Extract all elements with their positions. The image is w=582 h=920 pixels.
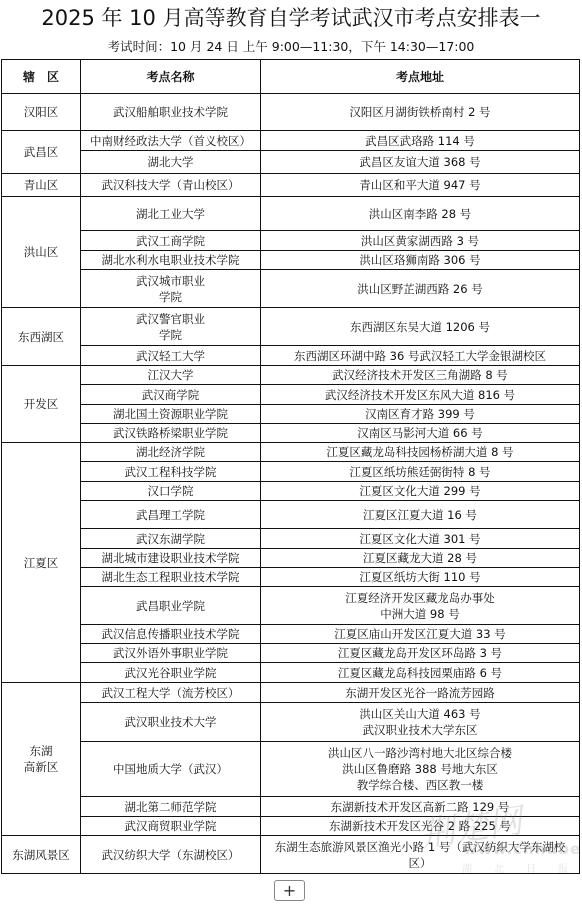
table-row: 武汉东湖学院江夏区文化大道 301 号 xyxy=(2,529,580,549)
district-cell: 开发区 xyxy=(2,366,81,443)
site-address: 东湖开发区光谷一路流芳园路 xyxy=(263,685,577,701)
site-address: 江夏区藏龙岛科技园栗庙路 6 号 xyxy=(263,665,577,681)
site-address-cell: 洪山区黄家湖西路 3 号 xyxy=(261,231,580,251)
site-address-cell: 汉南区马影河大道 66 号 xyxy=(261,424,580,443)
district-label: 江夏区 xyxy=(4,555,78,571)
table-row: 湖北第二师范学院东湖新技术开发区高新二路 129 号 xyxy=(2,797,580,817)
table-row: 东湖风景区武汉纺织大学（东湖校区）东湖生态旅游风景区渔光小路 1 号（武汉纺织大… xyxy=(2,836,580,874)
table-row: 青山区武汉科技大学（青山校区）青山区和平大道 947 号 xyxy=(2,174,580,197)
site-address: 江夏区文化大道 299 号 xyxy=(263,483,577,499)
site-name-cell: 武汉光谷职业学院 xyxy=(81,663,261,683)
site-name: 武汉科技大学（青山校区） xyxy=(83,177,258,193)
site-name-cell: 武汉城市职业学院 xyxy=(81,270,261,308)
site-address: 中洲大道 98 号 xyxy=(263,606,577,622)
site-address: 洪山区八一路沙湾村地大北区综合楼 xyxy=(263,745,577,761)
site-address: 江夏经济开发区藏龙岛办事处 xyxy=(263,590,577,606)
site-name: 武汉船舶职业技术学院 xyxy=(83,104,258,120)
site-address: 江夏区藏龙岛科技园杨桥湖大道 8 号 xyxy=(263,444,577,460)
site-address-cell: 武昌区武珞路 114 号 xyxy=(261,131,580,151)
site-name-cell: 武汉工程科技学院 xyxy=(81,462,261,482)
site-name: 武汉商学院 xyxy=(83,387,258,403)
site-address: 江夏区纸坊熊廷弼街特 8 号 xyxy=(263,464,577,480)
site-address-cell: 江夏区纸坊大街 110 号 xyxy=(261,568,580,587)
site-address: 青山区和平大道 947 号 xyxy=(263,177,577,193)
site-address: 洪山区南李路 28 号 xyxy=(263,206,577,222)
site-name: 武汉光谷职业学院 xyxy=(83,665,258,681)
table-row: 武汉信息传播职业技术学院江夏区庙山开发区江夏大道 33 号 xyxy=(2,625,580,644)
table-row: 武汉光谷职业学院江夏区藏龙岛科技园栗庙路 6 号 xyxy=(2,663,580,683)
table-row: 东西湖区武汉警官职业学院东西湖区东吴大道 1206 号 xyxy=(2,308,580,346)
site-name-cell: 武汉商贸职业学院 xyxy=(81,817,261,836)
table-header-row: 辖 区 考点名称 考点地址 xyxy=(2,60,580,94)
district-cell: 江夏区 xyxy=(2,443,81,683)
site-name: 武汉工程科技学院 xyxy=(83,464,258,480)
site-name: 武汉工商学院 xyxy=(83,233,258,249)
site-address: 汉南区育才路 399 号 xyxy=(263,406,577,422)
site-address-cell: 洪山区野芷湖西路 26 号 xyxy=(261,270,580,308)
site-name: 武汉商贸职业学院 xyxy=(83,818,258,834)
district-cell: 武昌区 xyxy=(2,131,81,174)
table-row: 洪山区湖北工业大学洪山区南李路 28 号 xyxy=(2,197,580,231)
table-row: 武汉外语外事职业学院江夏区藏龙岛开发区环岛路 3 号 xyxy=(2,644,580,663)
site-address: 武昌区友谊大道 368 号 xyxy=(263,154,577,170)
district-label: 洪山区 xyxy=(4,244,78,260)
site-name-cell: 湖北第二师范学院 xyxy=(81,797,261,817)
site-name: 湖北工业大学 xyxy=(83,206,258,222)
table-row: 武昌区中南财经政法大学（首义校区）武昌区武珞路 114 号 xyxy=(2,131,580,151)
site-address-cell: 江夏区文化大道 299 号 xyxy=(261,482,580,501)
table-row: 武汉城市职业学院洪山区野芷湖西路 26 号 xyxy=(2,270,580,308)
table-row: 武汉工程科技学院江夏区纸坊熊廷弼街特 8 号 xyxy=(2,462,580,482)
district-label: 汉阳区 xyxy=(4,104,78,120)
site-name: 江汉大学 xyxy=(83,367,258,383)
site-address-cell: 洪山区珞狮南路 306 号 xyxy=(261,251,580,270)
site-address-cell: 江夏区藏龙岛开发区环岛路 3 号 xyxy=(261,644,580,663)
site-address: 东湖生态旅游风景区渔光小路 1 号（武汉纺织大学东湖校 xyxy=(263,839,577,855)
site-address: 洪山区鲁磨路 388 号地大东区 xyxy=(263,761,577,777)
district-label: 东湖 xyxy=(4,743,78,759)
site-name: 学院 xyxy=(83,327,258,343)
table-row: 开发区江汉大学武汉经济技术开发区三角湖路 8 号 xyxy=(2,366,580,385)
site-address-cell: 青山区和平大道 947 号 xyxy=(261,174,580,197)
table-row: 湖北城市建设职业技术学院江夏区藏龙大道 28 号 xyxy=(2,549,580,568)
site-address: 洪山区野芷湖西路 26 号 xyxy=(263,281,577,297)
site-address-cell: 东西湖区环湖中路 36 号武汉轻工大学金银湖校区 xyxy=(261,346,580,366)
site-name: 汉口学院 xyxy=(83,483,258,499)
site-address: 江夏区藏龙岛开发区环岛路 3 号 xyxy=(263,645,577,661)
site-name: 武汉信息传播职业技术学院 xyxy=(83,626,258,642)
site-name-cell: 武汉科技大学（青山校区） xyxy=(81,174,261,197)
site-name: 湖北生态工程职业技术学院 xyxy=(83,569,258,585)
table-row: 武汉轻工大学东西湖区环湖中路 36 号武汉轻工大学金银湖校区 xyxy=(2,346,580,366)
site-name-cell: 武汉东湖学院 xyxy=(81,529,261,549)
site-address-cell: 东湖开发区光谷一路流芳园路 xyxy=(261,683,580,703)
table-row: 湖北大学武昌区友谊大道 368 号 xyxy=(2,151,580,174)
plus-icon: + xyxy=(283,881,296,900)
site-address-cell: 武汉经济技术开发区东风大道 816 号 xyxy=(261,385,580,405)
table-row: 中国地质大学（武汉）洪山区八一路沙湾村地大北区综合楼洪山区鲁磨路 388 号地大… xyxy=(2,742,580,797)
site-name: 学院 xyxy=(83,289,258,305)
site-address: 汉阳区月湖街铁桥南村 2 号 xyxy=(263,104,577,120)
site-name-cell: 武汉工程大学（流芳校区） xyxy=(81,683,261,703)
site-address: 洪山区珞狮南路 306 号 xyxy=(263,252,577,268)
site-address: 江夏区江夏大道 16 号 xyxy=(263,507,577,523)
site-name-cell: 中国地质大学（武汉） xyxy=(81,742,261,797)
site-address-cell: 东西湖区东吴大道 1206 号 xyxy=(261,308,580,346)
site-address-cell: 洪山区关山大道 463 号武汉职业技术大学东区 xyxy=(261,703,580,742)
add-button[interactable]: + xyxy=(274,880,305,901)
district-cell: 汉阳区 xyxy=(2,94,81,131)
exam-time-subtitle: 考试时间：10 月 24 日 上午 9:00—11:30，下午 14:30—17… xyxy=(0,38,582,56)
site-address: 东西湖区东吴大道 1206 号 xyxy=(263,319,577,335)
site-address: 武昌区武珞路 114 号 xyxy=(263,133,577,149)
district-label: 高新区 xyxy=(4,759,78,775)
site-name: 武汉外语外事职业学院 xyxy=(83,645,258,661)
site-name-cell: 湖北水利水电职业技术学院 xyxy=(81,251,261,270)
site-name-cell: 湖北工业大学 xyxy=(81,197,261,231)
site-address: 武汉经济技术开发区三角湖路 8 号 xyxy=(263,367,577,383)
table-row: 汉口学院江夏区文化大道 299 号 xyxy=(2,482,580,501)
site-name: 武汉轻工大学 xyxy=(83,348,258,364)
site-name: 湖北经济学院 xyxy=(83,444,258,460)
table-row: 武汉铁路桥梁职业学院汉南区马影河大道 66 号 xyxy=(2,424,580,443)
district-label: 开发区 xyxy=(4,396,78,412)
site-name-cell: 中南财经政法大学（首义校区） xyxy=(81,131,261,151)
site-name: 武汉警官职业 xyxy=(83,311,258,327)
site-name: 中南财经政法大学（首义校区） xyxy=(83,133,258,149)
column-header-site-name: 考点名称 xyxy=(81,60,261,94)
site-name-cell: 湖北生态工程职业技术学院 xyxy=(81,568,261,587)
district-label: 青山区 xyxy=(4,177,78,193)
site-address: 东湖新技术开发区高新二路 129 号 xyxy=(263,799,577,815)
site-name: 湖北国土资源职业学院 xyxy=(83,406,258,422)
site-name: 中国地质大学（武汉） xyxy=(83,761,258,777)
table-row: 武昌职业学院江夏经济开发区藏龙岛办事处中洲大道 98 号 xyxy=(2,587,580,625)
site-address: 东西湖区环湖中路 36 号武汉轻工大学金银湖校区 xyxy=(263,348,577,364)
site-name-cell: 汉口学院 xyxy=(81,482,261,501)
site-name-cell: 武昌理工学院 xyxy=(81,501,261,529)
table-row: 东湖高新区武汉工程大学（流芳校区）东湖开发区光谷一路流芳园路 xyxy=(2,683,580,703)
site-address: 东湖新技术开发区光谷 2 路 225 号 xyxy=(263,818,577,834)
site-name: 湖北城市建设职业技术学院 xyxy=(83,550,258,566)
site-name: 武汉东湖学院 xyxy=(83,531,258,547)
site-address-cell: 东湖新技术开发区高新二路 129 号 xyxy=(261,797,580,817)
site-name-cell: 武汉警官职业学院 xyxy=(81,308,261,346)
site-name-cell: 武汉职业技术大学 xyxy=(81,703,261,742)
site-address: 江夏区庙山开发区江夏大道 33 号 xyxy=(263,626,577,642)
site-address-cell: 东湖新技术开发区光谷 2 路 225 号 xyxy=(261,817,580,836)
site-name-cell: 江汉大学 xyxy=(81,366,261,385)
site-name: 武汉工程大学（流芳校区） xyxy=(83,685,258,701)
table-row: 湖北水利水电职业技术学院洪山区珞狮南路 306 号 xyxy=(2,251,580,270)
site-name-cell: 武汉轻工大学 xyxy=(81,346,261,366)
column-header-site-address: 考点地址 xyxy=(261,60,580,94)
column-header-district: 辖 区 xyxy=(2,60,81,94)
site-name-cell: 武昌职业学院 xyxy=(81,587,261,625)
site-name: 武昌职业学院 xyxy=(83,598,258,614)
site-address: 洪山区关山大道 463 号 xyxy=(263,706,577,722)
site-name: 武昌理工学院 xyxy=(83,507,258,523)
site-address-cell: 江夏经济开发区藏龙岛办事处中洲大道 98 号 xyxy=(261,587,580,625)
table-body: 汉阳区武汉船舶职业技术学院汉阳区月湖街铁桥南村 2 号武昌区中南财经政法大学（首… xyxy=(2,94,580,874)
site-name: 湖北大学 xyxy=(83,154,258,170)
site-address: 江夏区文化大道 301 号 xyxy=(263,531,577,547)
district-label: 东西湖区 xyxy=(4,329,78,345)
site-name-cell: 湖北国土资源职业学院 xyxy=(81,405,261,424)
site-address: 教学综合楼、西区教一楼 xyxy=(263,777,577,793)
site-address-cell: 汉阳区月湖街铁桥南村 2 号 xyxy=(261,94,580,131)
district-cell: 东湖高新区 xyxy=(2,683,81,836)
site-address: 武汉经济技术开发区东风大道 816 号 xyxy=(263,387,577,403)
district-label: 东湖风景区 xyxy=(4,847,78,863)
site-name-cell: 武汉商学院 xyxy=(81,385,261,405)
site-address-cell: 东湖生态旅游风景区渔光小路 1 号（武汉纺织大学东湖校区） xyxy=(261,836,580,874)
site-address-cell: 江夏区藏龙大道 28 号 xyxy=(261,549,580,568)
table-row: 武昌理工学院江夏区江夏大道 16 号 xyxy=(2,501,580,529)
site-address: 江夏区藏龙大道 28 号 xyxy=(263,550,577,566)
district-cell: 青山区 xyxy=(2,174,81,197)
site-name: 武汉城市职业 xyxy=(83,273,258,289)
table-row: 汉阳区武汉船舶职业技术学院汉阳区月湖街铁桥南村 2 号 xyxy=(2,94,580,131)
site-address-cell: 武昌区友谊大道 368 号 xyxy=(261,151,580,174)
exam-site-table: 辖 区 考点名称 考点地址 汉阳区武汉船舶职业技术学院汉阳区月湖街铁桥南村 2 … xyxy=(1,59,580,874)
site-address: 武汉职业技术大学东区 xyxy=(263,722,577,738)
table-row: 湖北国土资源职业学院汉南区育才路 399 号 xyxy=(2,405,580,424)
site-name: 武汉职业技术大学 xyxy=(83,714,258,730)
site-name: 湖北水利水电职业技术学院 xyxy=(83,252,258,268)
district-label: 武昌区 xyxy=(4,144,78,160)
site-address-cell: 江夏区纸坊熊廷弼街特 8 号 xyxy=(261,462,580,482)
table-row: 湖北生态工程职业技术学院江夏区纸坊大街 110 号 xyxy=(2,568,580,587)
site-address-cell: 武汉经济技术开发区三角湖路 8 号 xyxy=(261,366,580,385)
site-address: 区） xyxy=(263,855,577,871)
table-row: 武汉商学院武汉经济技术开发区东风大道 816 号 xyxy=(2,385,580,405)
site-name-cell: 湖北经济学院 xyxy=(81,443,261,462)
table-row: 武汉职业技术大学洪山区关山大道 463 号武汉职业技术大学东区 xyxy=(2,703,580,742)
table-row: 武汉工商学院洪山区黄家湖西路 3 号 xyxy=(2,231,580,251)
district-cell: 东湖风景区 xyxy=(2,836,81,874)
site-address-cell: 江夏区庙山开发区江夏大道 33 号 xyxy=(261,625,580,644)
site-name-cell: 武汉工商学院 xyxy=(81,231,261,251)
district-cell: 东西湖区 xyxy=(2,308,81,366)
site-name: 武汉纺织大学（东湖校区） xyxy=(83,847,258,863)
district-cell: 洪山区 xyxy=(2,197,81,308)
site-address-cell: 洪山区八一路沙湾村地大北区综合楼洪山区鲁磨路 388 号地大东区教学综合楼、西区… xyxy=(261,742,580,797)
page-title: 2025 年 10 月高等教育自学考试武汉市考点安排表一 xyxy=(0,4,582,32)
site-address-cell: 江夏区江夏大道 16 号 xyxy=(261,501,580,529)
site-name: 武汉铁路桥梁职业学院 xyxy=(83,425,258,441)
site-name-cell: 湖北城市建设职业技术学院 xyxy=(81,549,261,568)
site-address: 洪山区黄家湖西路 3 号 xyxy=(263,233,577,249)
site-address-cell: 江夏区文化大道 301 号 xyxy=(261,529,580,549)
site-address-cell: 江夏区藏龙岛科技园杨桥湖大道 8 号 xyxy=(261,443,580,462)
site-name-cell: 武汉信息传播职业技术学院 xyxy=(81,625,261,644)
site-address-cell: 汉南区育才路 399 号 xyxy=(261,405,580,424)
site-address: 江夏区纸坊大街 110 号 xyxy=(263,569,577,585)
site-name-cell: 武汉铁路桥梁职业学院 xyxy=(81,424,261,443)
site-address-cell: 洪山区南李路 28 号 xyxy=(261,197,580,231)
site-name-cell: 湖北大学 xyxy=(81,151,261,174)
site-name-cell: 武汉船舶职业技术学院 xyxy=(81,94,261,131)
site-name-cell: 武汉外语外事职业学院 xyxy=(81,644,261,663)
table-row: 江夏区湖北经济学院江夏区藏龙岛科技园杨桥湖大道 8 号 xyxy=(2,443,580,462)
site-name-cell: 武汉纺织大学（东湖校区） xyxy=(81,836,261,874)
site-address-cell: 江夏区藏龙岛科技园栗庙路 6 号 xyxy=(261,663,580,683)
table-row: 武汉商贸职业学院东湖新技术开发区光谷 2 路 225 号 xyxy=(2,817,580,836)
site-address: 汉南区马影河大道 66 号 xyxy=(263,425,577,441)
site-name: 湖北第二师范学院 xyxy=(83,799,258,815)
